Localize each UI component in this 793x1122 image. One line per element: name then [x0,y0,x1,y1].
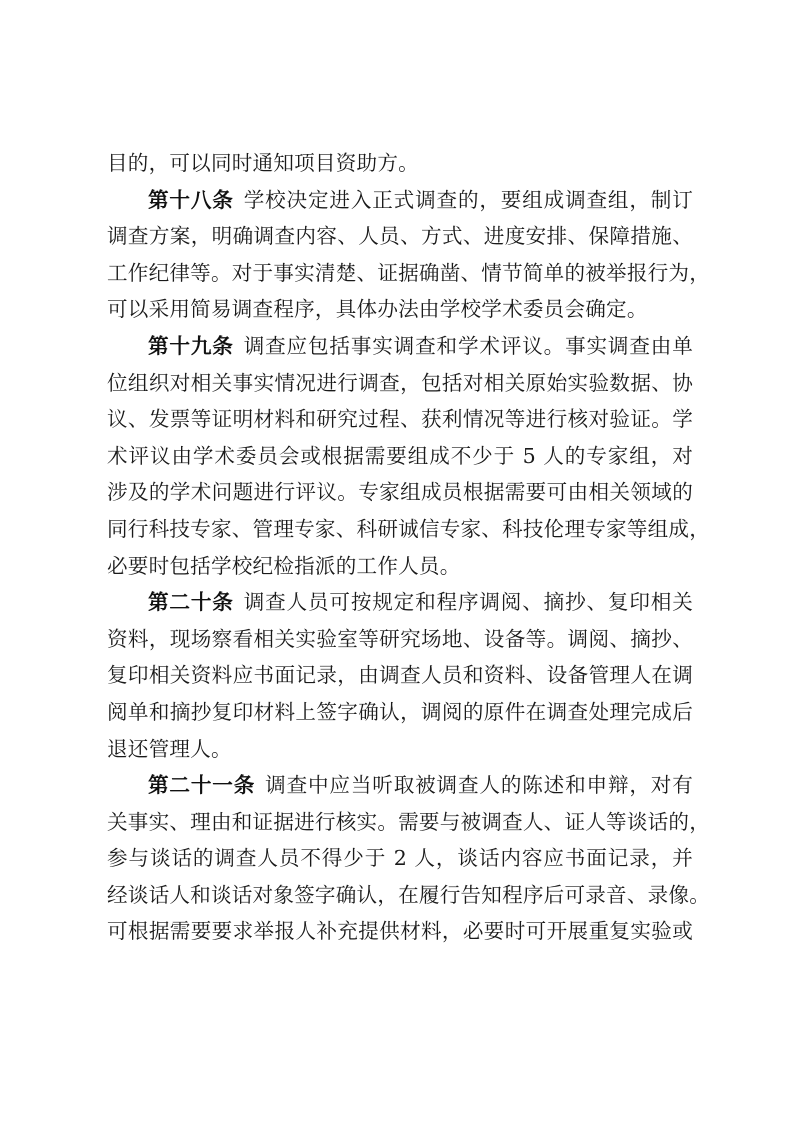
paragraph-line: 必要时包括学校纪检指派的工作人员。 [107,548,693,585]
article-21-first-line: 第二十一条调查中应当听取被调查人的陈述和申辩，对有 [107,767,693,804]
paragraph-line: 阅单和摘抄复印材料上签字确认，调阅的原件在调查处理完成后 [107,694,693,731]
article-20-first-line: 第二十条调查人员可按规定和程序调阅、摘抄、复印相关 [107,584,693,621]
paragraph-line: 关事实、理由和证据进行核实。需要与被调查人、证人等谈话的， [107,804,693,841]
paragraph-line: 位组织对相关事实情况进行调查，包括对相关原始实验数据、协 [107,365,693,402]
article-19-first-line: 第十九条调查应包括事实调查和学术评议。事实调查由单 [107,328,693,365]
paragraph-text: 学校决定进入正式调查的，要组成调查组，制订 [244,188,693,212]
paragraph-line: 参与谈话的调查人员不得少于 2 人，谈话内容应书面记录，并 [107,840,693,877]
document-page: 目的，可以同时通知项目资助方。 第十八条学校决定进入正式调查的，要组成调查组，制… [107,145,693,950]
paragraph-line: 议、发票等证明材料和研究过程、获利情况等进行核对验证。学 [107,401,693,438]
paragraph-text: 调查人员可按规定和程序调阅、摘抄、复印相关 [244,590,693,614]
paragraph-line: 调查方案，明确调查内容、人员、方式、进度安排、保障措施、 [107,218,693,255]
paragraph-text: 调查应包括事实调查和学术评议。事实调查由单 [244,334,693,358]
paragraph-line: 涉及的学术问题进行评议。专家组成员根据需要可由相关领域的 [107,474,693,511]
paragraph-line: 经谈话人和谈话对象签字确认，在履行告知程序后可录音、录像。 [107,877,693,914]
paragraph-line: 资料，现场察看相关实验室等研究场地、设备等。调阅、摘抄、 [107,621,693,658]
paragraph-line: 可以采用简易调查程序，具体办法由学校学术委员会确定。 [107,291,693,328]
paragraph-line: 术评议由学术委员会或根据需要组成不少于 5 人的专家组，对 [107,438,693,475]
paragraph-line: 退还管理人。 [107,731,693,768]
article-number: 第二十条 [148,590,234,614]
paragraph-text: 调查中应当听取被调查人的陈述和申辩，对有 [265,773,693,797]
article-number: 第二十一条 [148,773,255,797]
paragraph-line: 工作纪律等。对于事实清楚、证据确凿、情节简单的被举报行为， [107,255,693,292]
paragraph-line: 复印相关资料应书面记录，由调查人员和资料、设备管理人在调 [107,657,693,694]
paragraph-line: 目的，可以同时通知项目资助方。 [107,145,693,182]
article-number: 第十九条 [148,334,234,358]
article-number: 第十八条 [148,188,234,212]
paragraph-line: 可根据需要要求举报人补充提供材料，必要时可开展重复实验或 [107,913,693,950]
paragraph-line: 同行科技专家、管理专家、科研诚信专家、科技伦理专家等组成， [107,511,693,548]
article-18-first-line: 第十八条学校决定进入正式调查的，要组成调查组，制订 [107,182,693,219]
